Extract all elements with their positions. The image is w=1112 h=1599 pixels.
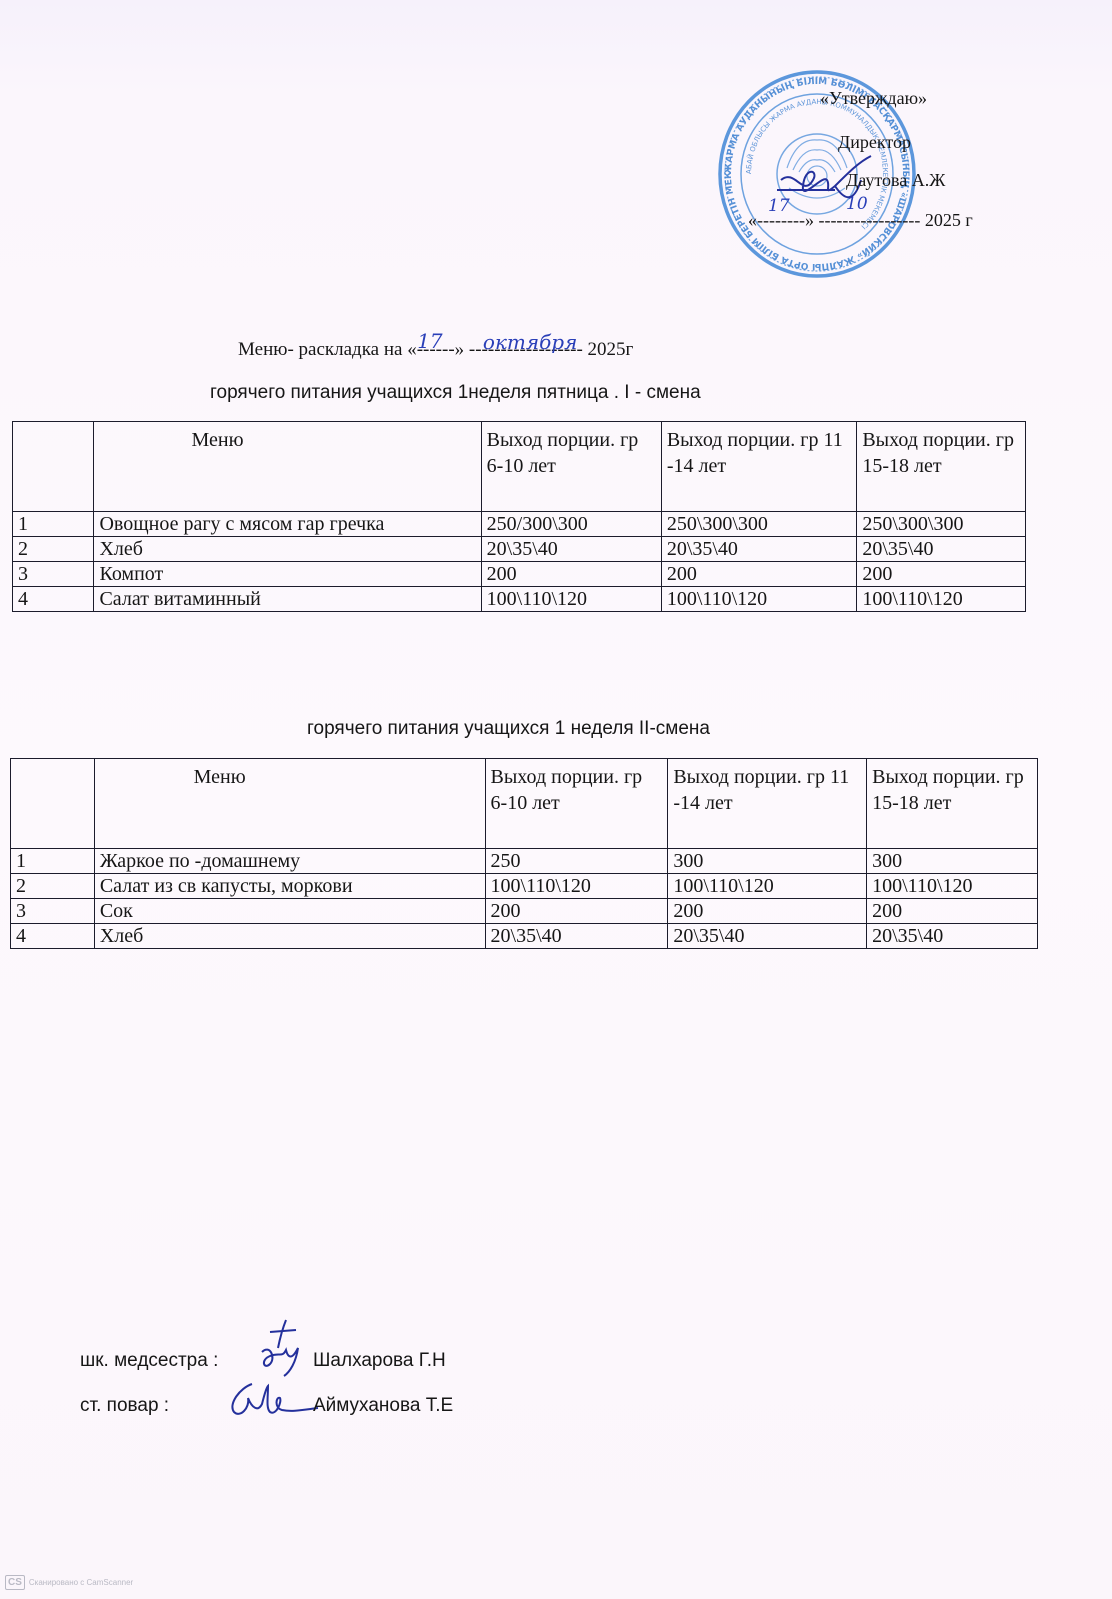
row-portion-15-18: 200: [857, 562, 1026, 587]
header-portion-11-14: Выход порции. гр 11 -14 лет: [661, 422, 857, 512]
row-num: 3: [13, 562, 94, 587]
row-dish: Салат витаминный: [94, 587, 481, 612]
header-num: [11, 759, 95, 849]
row-portion-11-14: 200: [668, 899, 867, 924]
row-portion-6-10: 250/300\300: [481, 512, 661, 537]
header-menu: Меню: [94, 422, 481, 512]
header-num: [13, 422, 94, 512]
table-row: 4 Салат витаминный 100\110\120 100\110\1…: [13, 587, 1026, 612]
row-num: 3: [11, 899, 95, 924]
row-portion-15-18: 300: [867, 849, 1038, 874]
table-header-row: Меню Выход порции. гр 6-10 лет Выход пор…: [11, 759, 1038, 849]
row-dish: Хлеб: [94, 537, 481, 562]
table-row: 3 Компот 200 200 200: [13, 562, 1026, 587]
row-portion-15-18: 100\110\120: [867, 874, 1038, 899]
approval-handwritten-month: 10: [846, 194, 868, 214]
row-num: 2: [11, 874, 95, 899]
nurse-signature: [256, 1318, 306, 1378]
table-row: 2 Хлеб 20\35\40 20\35\40 20\35\40: [13, 537, 1026, 562]
shift1-subtitle: горячего питания учащихся 1неделя пятниц…: [210, 382, 701, 404]
cook-signature: [222, 1378, 322, 1424]
approval-position: Директор: [838, 132, 911, 152]
row-portion-6-10: 250: [485, 849, 668, 874]
approval-handwritten-day: 17: [768, 196, 790, 216]
row-portion-11-14: 100\110\120: [668, 874, 867, 899]
cook-name: Аймуханова Т.Е: [313, 1395, 453, 1417]
header-portion-15-18: Выход порции. гр 15-18 лет: [867, 759, 1038, 849]
shift2-menu-table: Меню Выход порции. гр 6-10 лет Выход пор…: [10, 758, 1038, 949]
row-portion-6-10: 200: [485, 899, 668, 924]
nurse-name: Шалхарова Г.Н: [313, 1350, 446, 1372]
row-portion-11-14: 250\300\300: [661, 512, 857, 537]
row-dish: Жаркое по -домашнему: [94, 849, 485, 874]
header-menu: Меню: [94, 759, 485, 849]
nurse-role: шк. медсестра :: [80, 1350, 218, 1372]
row-portion-11-14: 200: [661, 562, 857, 587]
approval-name: Даутова А.Ж: [846, 170, 945, 190]
row-dish: Хлеб: [94, 924, 485, 949]
row-portion-15-18: 250\300\300: [857, 512, 1026, 537]
row-portion-15-18: 20\35\40: [857, 537, 1026, 562]
row-dish: Сок: [94, 899, 485, 924]
handwritten-day: 17: [417, 329, 442, 353]
row-portion-11-14: 100\110\120: [661, 587, 857, 612]
table-row: 1 Овощное рагу с мясом гар гречка 250/30…: [13, 512, 1026, 537]
table-row: 4 Хлеб 20\35\40 20\35\40 20\35\40: [11, 924, 1038, 949]
row-dish: Компот: [94, 562, 481, 587]
row-num: 1: [13, 512, 94, 537]
approval-label: «Утверждаю»: [820, 88, 927, 108]
table-header-row: Меню Выход порции. гр 6-10 лет Выход пор…: [13, 422, 1026, 512]
shift1-menu-table: Меню Выход порции. гр 6-10 лет Выход пор…: [12, 421, 1026, 612]
row-portion-6-10: 100\110\120: [485, 874, 668, 899]
header-portion-15-18: Выход порции. гр 15-18 лет: [857, 422, 1026, 512]
row-portion-15-18: 200: [867, 899, 1038, 924]
page-title: Меню- раскладка на «------» 17 ---------…: [238, 339, 633, 361]
title-day: «------» 17: [407, 339, 464, 361]
row-portion-11-14: 20\35\40: [661, 537, 857, 562]
table-row: 1 Жаркое по -домашнему 250 300 300: [11, 849, 1038, 874]
row-portion-11-14: 20\35\40: [668, 924, 867, 949]
title-month: ------------------ октября: [469, 339, 583, 361]
row-portion-6-10: 200: [481, 562, 661, 587]
camscanner-logo-icon: CS: [5, 1575, 25, 1590]
title-year: 2025г: [588, 339, 634, 360]
row-portion-6-10: 100\110\120: [481, 587, 661, 612]
header-portion-11-14: Выход порции. гр 11 -14 лет: [668, 759, 867, 849]
title-prefix: Меню- раскладка на: [238, 339, 402, 360]
header-portion-6-10: Выход порции. гр 6-10 лет: [485, 759, 668, 849]
cook-role: ст. повар :: [80, 1395, 169, 1417]
row-num: 4: [13, 587, 94, 612]
row-portion-15-18: 100\110\120: [857, 587, 1026, 612]
table-row: 3 Сок 200 200 200: [11, 899, 1038, 924]
row-dish: Салат из св капусты, моркови: [94, 874, 485, 899]
row-num: 1: [11, 849, 95, 874]
row-portion-15-18: 20\35\40: [867, 924, 1038, 949]
handwritten-month: октября: [483, 330, 577, 354]
row-portion-6-10: 20\35\40: [485, 924, 668, 949]
scanner-text: Сканировано с CamScanner: [29, 1578, 133, 1587]
row-dish: Овощное рагу с мясом гар гречка: [94, 512, 481, 537]
shift2-subtitle: горячего питания учащихся 1 неделя II-см…: [307, 718, 710, 740]
row-portion-6-10: 20\35\40: [481, 537, 661, 562]
header-portion-6-10: Выход порции. гр 6-10 лет: [481, 422, 661, 512]
row-num: 4: [11, 924, 95, 949]
row-portion-11-14: 300: [668, 849, 867, 874]
row-num: 2: [13, 537, 94, 562]
table-row: 2 Салат из св капусты, моркови 100\110\1…: [11, 874, 1038, 899]
scanner-watermark: CS Сканировано с CamScanner: [5, 1575, 133, 1590]
